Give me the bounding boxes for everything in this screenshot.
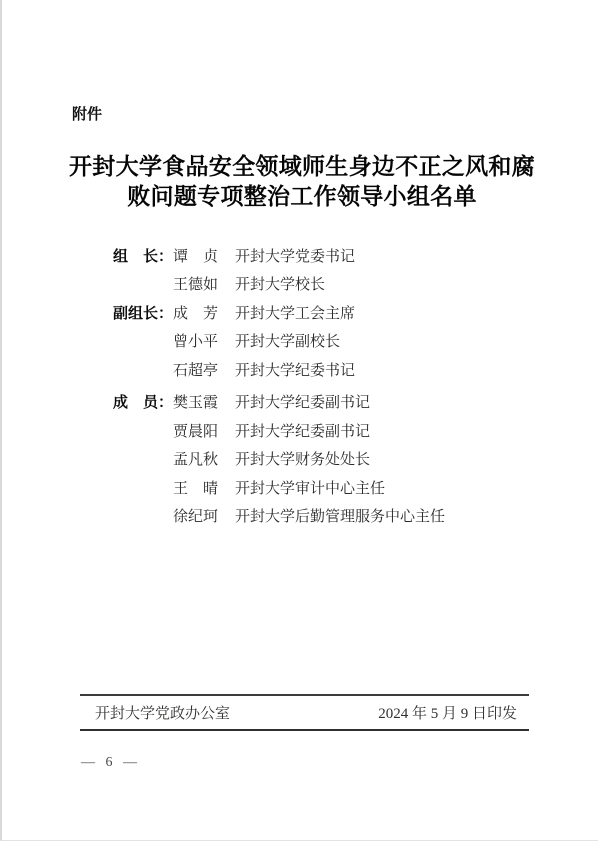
roster-role-label: 组 长： [113,247,173,267]
roster-row: 孟凡秋 开封大学财务处处长 [113,450,553,478]
document-title: 开封大学食品安全领域师生身边不正之风和腐 败问题专项整治工作领导小组名单 [42,152,562,211]
page-number: — 6 — [81,755,137,771]
roster-person-name: 谭 贞 [173,247,235,267]
roster-person-position: 开封大学纪委书记 [235,361,553,381]
roster-row: 副组长： 成 芳 开封大学工会主席 [113,304,553,332]
roster-person-name: 王德如 [173,275,235,295]
footer-print-date: 2024 年 5 月 9 日印发 [378,702,529,723]
roster-person-position: 开封大学后勤管理服务中心主任 [235,507,553,527]
document-title-line-1: 开封大学食品安全领域师生身边不正之风和腐 [42,152,562,182]
roster-row: 贾晨阳 开封大学纪委副书记 [113,422,553,450]
roster-person-name: 成 芳 [173,304,235,324]
document-title-line-2: 败问题专项整治工作领导小组名单 [42,182,562,212]
document-page: 附件 开封大学食品安全领域师生身边不正之风和腐 败问题专项整治工作领导小组名单 … [0,0,598,841]
roster-person-position: 开封大学校长 [235,275,553,295]
roster-person-name: 贾晨阳 [173,422,235,442]
roster-row: 王德如 开封大学校长 [113,275,553,303]
roster-person-position: 开封大学纪委副书记 [235,393,553,413]
roster-person-name: 石超亭 [173,361,235,381]
footer-issuer: 开封大学党政办公室 [80,702,230,723]
roster-role-label: 成 员： [113,393,173,413]
attachment-label: 附件 [72,104,102,126]
roster-person-position: 开封大学工会主席 [235,304,553,324]
roster-row: 组 长： 谭 贞 开封大学党委书记 [113,247,553,275]
roster-person-position: 开封大学审计中心主任 [235,479,553,499]
roster-person-position: 开封大学纪委副书记 [235,422,553,442]
roster-person-position: 开封大学党委书记 [235,247,553,267]
roster-row: 徐纪珂 开封大学后勤管理服务中心主任 [113,507,553,535]
roster-row: 成 员： 樊玉霞 开封大学纪委副书记 [113,393,553,421]
print-footer: 开封大学党政办公室 2024 年 5 月 9 日印发 [80,694,529,731]
roster-row: 王 晴 开封大学审计中心主任 [113,479,553,507]
roster-person-name: 王 晴 [173,479,235,499]
roster-person-name: 樊玉霞 [173,393,235,413]
roster-person-name: 孟凡秋 [173,450,235,470]
roster-person-name: 徐纪珂 [173,507,235,527]
roster-row: 石超亭 开封大学纪委书记 [113,361,553,389]
roster-row: 曾小平 开封大学副校长 [113,332,553,360]
roster-person-position: 开封大学副校长 [235,332,553,352]
leading-group-roster: 组 长： 谭 贞 开封大学党委书记 王德如 开封大学校长 副组长： 成 芳 开封… [113,247,553,535]
roster-person-name: 曾小平 [173,332,235,352]
roster-person-position: 开封大学财务处处长 [235,450,553,470]
roster-role-label: 副组长： [113,304,173,324]
